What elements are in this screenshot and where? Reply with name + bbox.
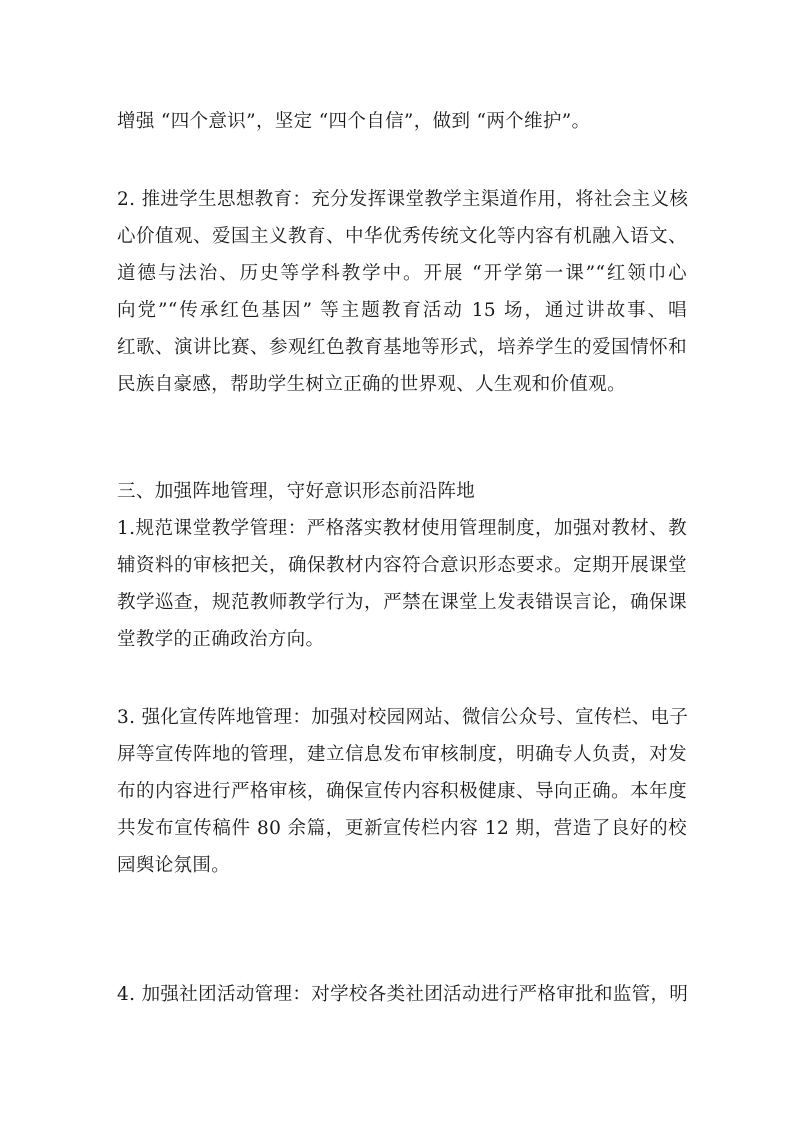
text-line: 堂教学的正确政治方向。 [117,628,687,652]
text-line: 向党”“传承红色基因” 等主题教育活动 15 场，通过讲故事、唱 [117,299,687,323]
text-line: 增强 “四个意识”，坚定 “四个自信”，做到 “两个维护”。 [117,110,687,134]
text-line: 道德与法治、历史等学科教学中。开展 “开学第一课”“红领巾心 [117,262,687,286]
text-line: 民族自豪感，帮助学生树立正确的世界观、人生观和价值观。 [117,373,687,397]
heading-text: 三、加强阵地管理，守好意识形态前沿阵地 [117,480,687,504]
text-line: 2. 推进学生思想教育：充分发挥课堂教学主渠道作用，将社会主义核 [117,188,687,212]
text-line: 3. 强化宣传阵地管理：加强对校园网站、微信公众号、宣传栏、电子 [117,706,687,730]
text-line: 园舆论氛围。 [117,854,687,878]
text-line: 红歌、演讲比赛、参观红色教育基地等形式，培养学生的爱国情怀和 [117,336,687,360]
text-line: 辅资料的审核把关，确保教材内容符合意识形态要求。定期开展课堂 [117,554,687,578]
document-page: 增强 “四个意识”，坚定 “四个自信”，做到 “两个维护”。 2. 推进学生思想… [0,0,793,1122]
text-line: 1.规范课堂教学管理：严格落实教材使用管理制度，加强对教材、教 [117,517,687,541]
text-line: 4. 加强社团活动管理：对学校各类社团活动进行严格审批和监管，明 [117,983,687,1007]
text-line: 心价值观、爱国主义教育、中华优秀传统文化等内容有机融入语文、 [117,225,687,249]
text-line: 共发布宣传稿件 80 余篇，更新宣传栏内容 12 期，营造了良好的校 [117,817,687,841]
text-line: 布的内容进行严格审核，确保宣传内容积极健康、导向正确。本年度 [117,780,687,804]
text-line: 教学巡查，规范教师教学行为，严禁在课堂上发表错误言论，确保课 [117,591,687,615]
text-line: 屏等宣传阵地的管理，建立信息发布审核制度，明确专人负责，对发 [117,743,687,767]
